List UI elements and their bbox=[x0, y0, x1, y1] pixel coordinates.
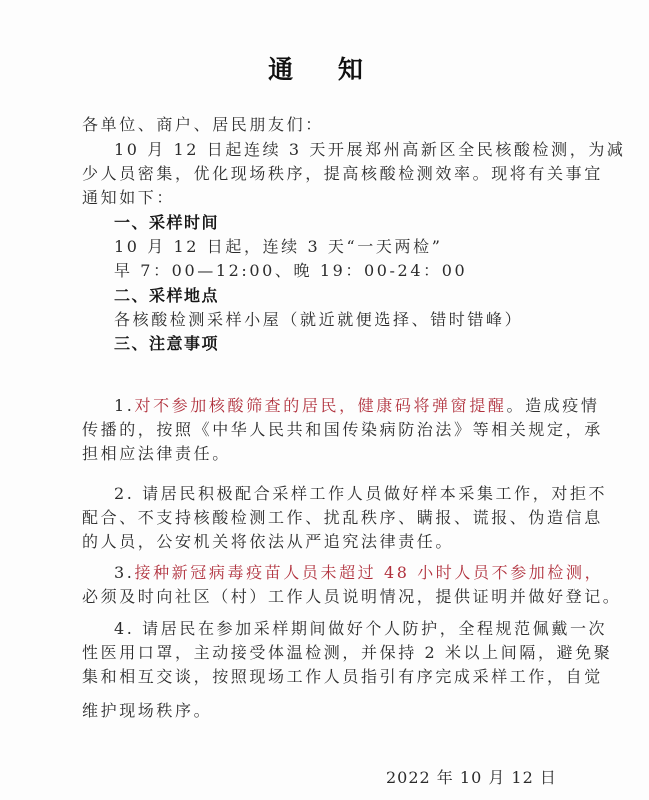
note-2-line-1: 2. 请居民积极配合采样工作人员做好样本采集工作，对拒不 bbox=[114, 483, 574, 505]
section-heading-time: 一、采样时间 bbox=[114, 212, 574, 234]
note-2-line-3: 的人员，公安机关将依法从严追究法律责任。 bbox=[82, 531, 542, 553]
note-1-line-2: 传播的，按照《中华人民共和国传染病防治法》等相关规定，承 bbox=[82, 419, 542, 441]
note-4-line-2: 性医用口罩，主动接受体温检测，并保持 2 米以上间隔，避免聚 bbox=[82, 642, 542, 664]
note-1-highlight: 对不参加核酸筛查的居民，健康码将弹窗提醒 bbox=[134, 396, 506, 415]
note-3-line-1: 3.接种新冠病毒疫苗人员未超过 48 小时人员不参加检测， bbox=[114, 562, 574, 584]
intro-line-2: 少人员密集，优化现场秩序，提高核酸检测效率。现将有关事宜 bbox=[82, 163, 542, 185]
note-4-line-1: 4. 请居民在参加采样期间做好个人防护，全程规范佩戴一次 bbox=[114, 618, 574, 640]
document-date: 2022 年 10 月 12 日 bbox=[386, 765, 557, 788]
note-1-line-3: 担相应法律责任。 bbox=[82, 443, 542, 465]
note-1-line-1: 1.对不参加核酸筛查的居民，健康码将弹窗提醒。造成疫情 bbox=[114, 395, 574, 417]
salutation: 各单位、商户、居民朋友们： bbox=[82, 114, 542, 136]
notice-document: 通 知 各单位、商户、居民朋友们： 10 月 12 日起连续 3 天开展郑州高新… bbox=[0, 0, 649, 800]
section-heading-location: 二、采样地点 bbox=[114, 285, 574, 307]
intro-line-1: 10 月 12 日起连续 3 天开展郑州高新区全民核酸检测，为减 bbox=[114, 139, 574, 161]
section-location-line-1: 各核酸检测采样小屋（就近就便选择、错时错峰） bbox=[114, 309, 574, 331]
note-3-line-2: 必须及时向社区（村）工作人员说明情况，提供证明并做好登记。 bbox=[82, 586, 542, 608]
section-time-line-1: 10 月 12 日起，连续 3 天“一天两检” bbox=[114, 236, 574, 258]
note-3-highlight: 接种新冠病毒疫苗人员未超过 48 小时人员不参加检测， bbox=[134, 563, 603, 582]
note-2-line-2: 配合、不支持核酸检测工作、扰乱秩序、瞒报、谎报、伪造信息 bbox=[82, 507, 542, 529]
note-1-rest: 。造成疫情 bbox=[506, 396, 599, 415]
document-title: 通 知 bbox=[0, 50, 649, 86]
section-time-line-2: 早 7：00—12:00、晚 19：00-24：00 bbox=[114, 260, 574, 282]
note-3-number: 3. bbox=[114, 563, 134, 582]
note-1-number: 1. bbox=[114, 396, 134, 415]
section-heading-notes: 三、注意事项 bbox=[114, 333, 574, 355]
intro-line-3: 通知如下： bbox=[82, 187, 542, 209]
note-4-line-3: 集和相互交谈，按照现场工作人员指引有序完成采样工作，自觉 bbox=[82, 666, 542, 688]
note-4-line-4: 维护现场秩序。 bbox=[82, 700, 542, 722]
